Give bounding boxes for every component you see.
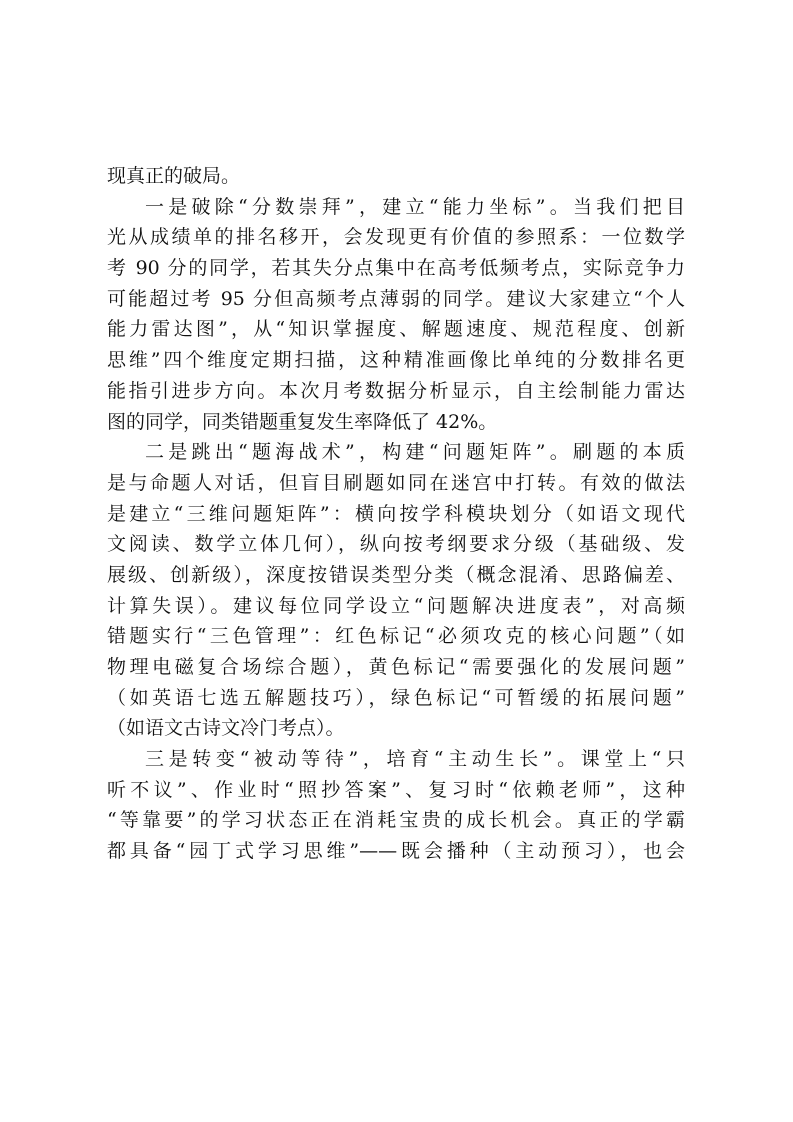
text-line: 听不议”、作业时“照抄答案”、复习时“依赖老师”，这种 <box>107 775 685 806</box>
text-line: 光从成绩单的排名移开，会发现更有价值的参照系：一位数学 <box>107 222 685 253</box>
paragraph-point-three: 三是转变“被动等待”，培育“主动生长”。课堂上“只 听不议”、作业时“照抄答案”… <box>107 744 685 867</box>
text-line: 考 90 分的同学，若其失分点集中在高考低频考点，实际竞争力 <box>107 253 685 284</box>
text-line: 现真正的破局。 <box>107 161 685 192</box>
text-line: （如英语七选五解题技巧），绿色标记“可暂缓的拓展问题” <box>107 683 685 714</box>
text-line: （如语文古诗文冷门考点）。 <box>107 713 685 744</box>
text-line: “等靠要”的学习状态正在消耗宝贵的成长机会。真正的学霸 <box>107 805 685 836</box>
text-line: 物理电磁复合场综合题），黄色标记“需要强化的发展问题” <box>107 652 685 683</box>
paragraph-continuation: 现真正的破局。 <box>107 161 685 192</box>
body-text: 现真正的破局。 一是破除“分数崇拜”，建立“能力坐标”。当我们把目 光从成绩单的… <box>107 161 685 867</box>
text-line: 图的同学，同类错题重复发生率降低了 42%。 <box>107 407 685 438</box>
text-line: 展级、创新级），深度按错误类型分类（概念混淆、思路偏差、 <box>107 560 685 591</box>
text-line: 思维”四个维度定期扫描，这种精准画像比单纯的分数排名更 <box>107 345 685 376</box>
text-line: 能力雷达图”，从“知识掌握度、解题速度、规范程度、创新 <box>107 314 685 345</box>
text-line: 是建立“三维问题矩阵”：横向按学科模块划分（如语文现代 <box>107 499 685 530</box>
text-line: 二是跳出“题海战术”，构建“问题矩阵”。刷题的本质 <box>107 437 685 468</box>
text-line: 三是转变“被动等待”，培育“主动生长”。课堂上“只 <box>107 744 685 775</box>
text-line: 一是破除“分数崇拜”，建立“能力坐标”。当我们把目 <box>107 192 685 223</box>
document-page: 现真正的破局。 一是破除“分数崇拜”，建立“能力坐标”。当我们把目 光从成绩单的… <box>0 0 793 1122</box>
text-line: 可能超过考 95 分但高频考点薄弱的同学。建议大家建立“个人 <box>107 284 685 315</box>
text-line: 能指引进步方向。本次月考数据分析显示，自主绘制能力雷达 <box>107 376 685 407</box>
paragraph-point-two: 二是跳出“题海战术”，构建“问题矩阵”。刷题的本质 是与命题人对话，但盲目刷题如… <box>107 437 685 744</box>
text-line: 计算失误）。建议每位同学设立“问题解决进度表”，对高频 <box>107 591 685 622</box>
paragraph-point-one: 一是破除“分数崇拜”，建立“能力坐标”。当我们把目 光从成绩单的排名移开，会发现… <box>107 192 685 438</box>
text-line: 文阅读、数学立体几何），纵向按考纲要求分级（基础级、发 <box>107 529 685 560</box>
text-line: 是与命题人对话，但盲目刷题如同在迷宫中打转。有效的做法 <box>107 468 685 499</box>
text-line: 错题实行“三色管理”：红色标记“必须攻克的核心问题”（如 <box>107 621 685 652</box>
text-line: 都具备“园丁式学习思维”——既会播种（主动预习），也会 <box>107 836 685 867</box>
